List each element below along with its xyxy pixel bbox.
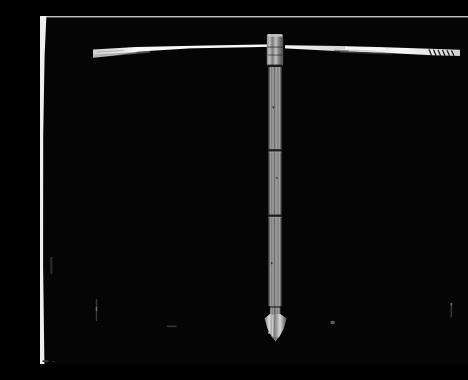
shaft-left-edge-shade [268, 64, 269, 306]
shaft-fleck-1 [273, 106, 275, 108]
knob-ridge-upper [268, 47, 283, 48]
speck-left-edge-dash [50, 257, 52, 274]
scan-top-edge [40, 16, 468, 17]
knob-joint-band [268, 65, 282, 67]
speck-left-vertical-bright [96, 307, 97, 311]
shaft-joint-highlight-2 [268, 217, 281, 218]
shaft-top-knob [267, 34, 283, 66]
shaft-fleck-3 [271, 262, 273, 264]
speck-right-vertical-bright [451, 303, 453, 306]
shaft-waist-shadow [270, 306, 281, 308]
shaft-joint-highlight-1 [268, 152, 281, 153]
photo-canvas [40, 16, 468, 364]
artifact-photograph [40, 16, 468, 364]
knob-bright-cap [268, 34, 283, 36]
speck-bottom-dash [167, 326, 177, 328]
shaft-right-edge-shade [280, 64, 281, 306]
shaft-fleck-2 [276, 177, 277, 179]
shaft-highlight-streak [275, 64, 277, 306]
scan-bottom-left-speck [43, 360, 49, 362]
knob-ridge-lower [268, 55, 283, 56]
speck-center-dot [330, 321, 334, 324]
shaft-joint-band-1 [268, 149, 282, 151]
scan-bottom-left-dot [52, 361, 55, 362]
photo-background [40, 16, 468, 364]
shaft-joint-band-2 [268, 215, 282, 217]
